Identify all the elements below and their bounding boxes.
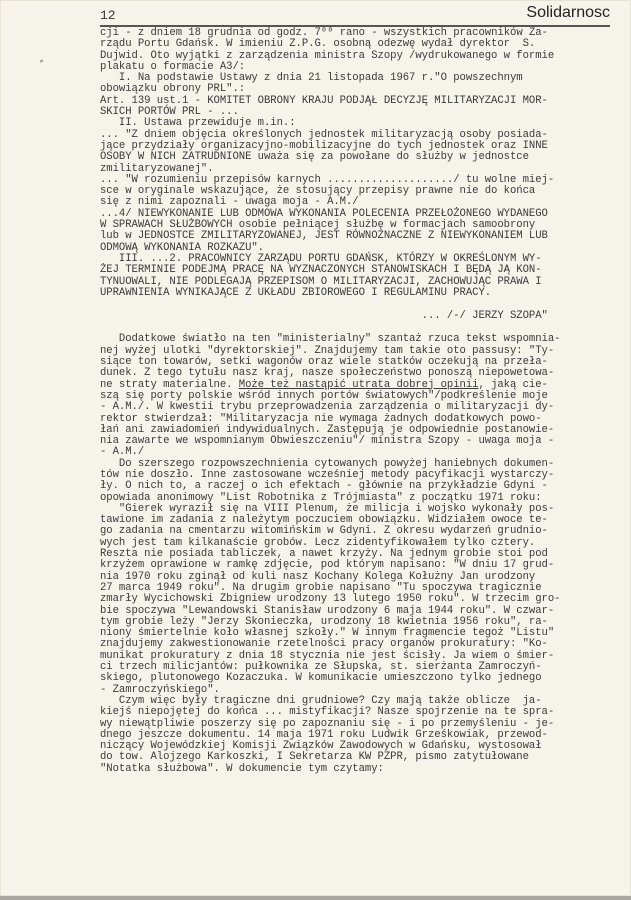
- text-line: rządu Portu Gdańsk. W imieniu Z.P.G. oso…: [100, 39, 630, 50]
- text-line: krzyżem oprawione w ramkę zdjęcie, pod k…: [100, 560, 630, 571]
- paper-speck: [40, 59, 44, 62]
- text-line: - A.M./: [100, 447, 630, 458]
- document-page: 12 Solidarnosc cji - z dniem 18 grudnia …: [0, 0, 631, 896]
- text-line: skiego, plutonowego Kozaczuka. W komunik…: [100, 673, 630, 684]
- page-header: 12 Solidarnosc: [100, 4, 610, 26]
- journal-title: Solidarnosc: [526, 4, 610, 22]
- typewritten-body: cji - z dniem 18 grudnia od godz. 7⁰⁰ ra…: [100, 28, 630, 775]
- underlined-text: Może też nastąpić utrata dobrej opinii: [239, 379, 479, 391]
- text-line: nia zawarte we wspomnianym Obwieszczeniu…: [100, 436, 630, 447]
- text-line: ŻEJ TERMINIE PODEJMĄ PRACĘ NA WYZNACZONY…: [100, 265, 630, 276]
- text-line: II. Ustawa przewiduje m.in.:: [100, 118, 630, 129]
- page-number: 12: [100, 8, 116, 23]
- text-line: "Notatka służbowa". W dokumencie tym czy…: [100, 764, 630, 775]
- text-line: ... /-/ JERZY SZOPA": [100, 311, 630, 322]
- text-line: do tow. Alojzego Karkoszki, I Sekretarza…: [100, 752, 630, 763]
- text-line: OSOBY W NICH ZATRUDNIONE uważa się za po…: [100, 152, 630, 163]
- text-line: UPRAWNIENIA WYNIKAJĄCE Z UKŁADU ZBIOROWE…: [100, 288, 630, 299]
- text-line: lub w JEDNOSTCE ZMILITARYZOWANEJ, JEST R…: [100, 231, 630, 242]
- text-line: kiejś niepojętej do końca ... mistyfikac…: [100, 707, 630, 718]
- scan-edge: [0, 896, 631, 900]
- text-line: zmarły Wycichowski Zbigniew urodzony 13 …: [100, 594, 630, 605]
- text-line: ły. O nich to, a raczej o ich efektach -…: [100, 481, 630, 492]
- text-line: - A.M./. W kwestii trybu przeprowadzenia…: [100, 402, 630, 413]
